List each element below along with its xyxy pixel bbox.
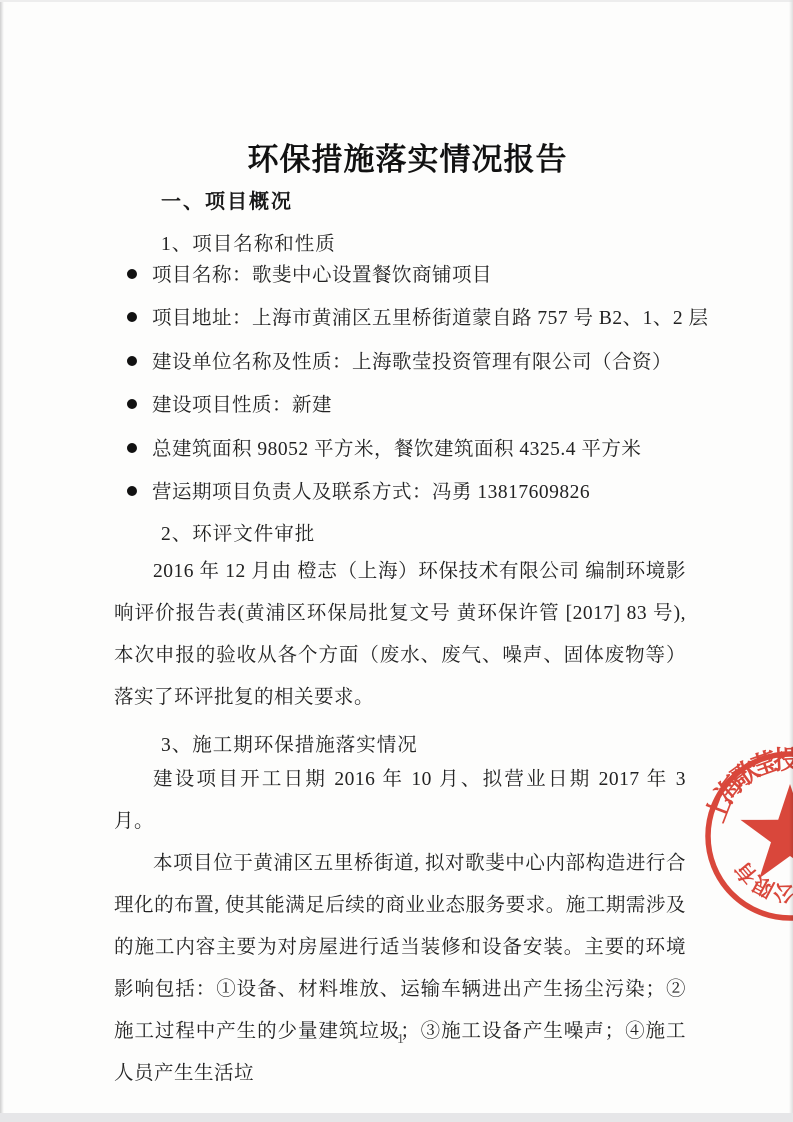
scan-edge-top <box>0 0 793 2</box>
paragraph-dates: 建设项目开工日期 2016 年 10 月、拟营业日期 2017 年 3 月。 <box>114 759 686 843</box>
subsection-3-construction-heading: 3、施工期环保措施落实情况 <box>161 729 418 757</box>
subsection-2-eia-approval-heading: 2、环评文件审批 <box>161 518 315 546</box>
bullet-dot-icon <box>127 312 137 322</box>
bullet-dot-icon <box>127 356 137 366</box>
bullet-item-building-area: 总建筑面积 98052 平方米，餐饮建筑面积 4325.4 平方米 <box>127 425 707 469</box>
paragraph-eia-approval: 2016 年 12 月由 橙志（上海）环保技术有限公司 编制环境影响评价报告表(… <box>114 551 686 719</box>
svg-text:投: 投 <box>772 744 793 775</box>
project-info-bullet-list: 项目名称：歌斐中心设置餐饮商铺项目 项目地址：上海市黄浦区五里桥街道蒙自路 75… <box>127 251 707 512</box>
bullet-dot-icon <box>127 443 137 453</box>
paragraph-text: 2016 年 12 月由 橙志（上海）环保技术有限公司 编制环境影响评价报告表(… <box>114 551 686 719</box>
bullet-item-project-name: 项目名称：歌斐中心设置餐饮商铺项目 <box>127 251 707 295</box>
bullet-dot-icon <box>127 486 137 496</box>
document-title: 环保措施落实情况报告 <box>0 134 793 179</box>
bullet-item-construction-unit: 建设单位名称及性质：上海歌莹投资管理有限公司（合资） <box>127 338 707 382</box>
bullet-text: 建设单位名称及性质：上海歌莹投资管理有限公司（合资） <box>152 346 672 374</box>
bullet-text: 总建筑面积 98052 平方米，餐饮建筑面积 4325.4 平方米 <box>152 433 641 461</box>
svg-text:公: 公 <box>772 880 793 906</box>
paragraph-construction-detail: 本项目位于黄浦区五里桥街道, 拟对歌斐中心内部构造进行合理化的布置, 使其能满足… <box>114 843 686 1095</box>
scan-edge-bottom <box>0 1113 793 1122</box>
bullet-dot-icon <box>127 269 137 279</box>
bullet-text: 营运期项目负责人及联系方式：冯勇 13817609826 <box>152 476 590 504</box>
bullet-dot-icon <box>127 399 137 409</box>
bullet-item-project-address: 项目地址：上海市黄浦区五里桥街道蒙自路 757 号 B2、1、2 层 <box>127 295 707 339</box>
bullet-text: 项目名称：歌斐中心设置餐饮商铺项目 <box>152 259 492 287</box>
bullet-text: 建设项目性质：新建 <box>152 389 332 417</box>
page-number: 1 <box>0 1032 793 1048</box>
bullet-item-project-nature: 建设项目性质：新建 <box>127 382 707 426</box>
document-page: 环保措施落实情况报告 一、项目概况 1、项目名称和性质 项目名称：歌斐中心设置餐… <box>0 0 793 1122</box>
bullet-item-contact: 营运期项目负责人及联系方式：冯勇 13817609826 <box>127 469 707 513</box>
bullet-text: 项目地址：上海市黄浦区五里桥街道蒙自路 757 号 B2、1、2 层 <box>152 302 709 330</box>
company-seal-stamp: 上海歌莹投资管理有限公司 <box>658 723 793 953</box>
section-heading-project-overview: 一、项目概况 <box>161 185 293 214</box>
